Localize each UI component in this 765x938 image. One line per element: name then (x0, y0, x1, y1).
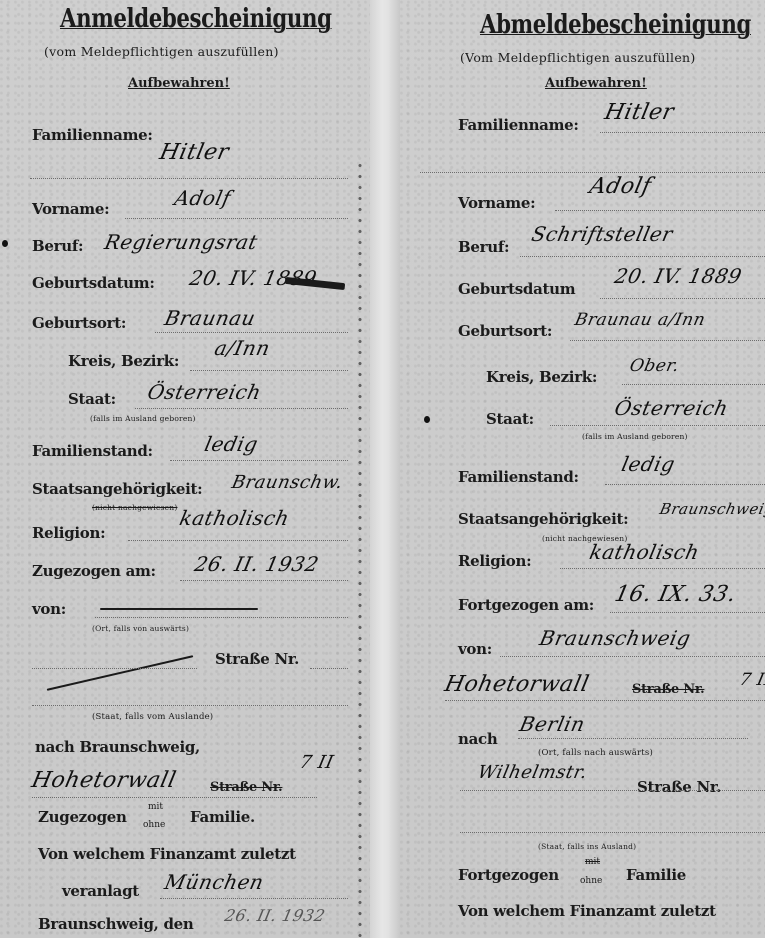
vorname-value: Adolf (587, 174, 653, 199)
mit-option: mit (148, 802, 163, 812)
dotted-line (135, 408, 348, 409)
familienname-value: Hitler (602, 100, 676, 125)
staatsangehoerigkeit-label: Staatsangehörigkeit: (458, 510, 628, 528)
dotted-line (30, 178, 348, 179)
familienname-label: Familienname: (32, 126, 153, 144)
nach-strasse-value: Hohetorwall (29, 768, 178, 793)
dotted-line (520, 256, 765, 257)
nach-strasse-value: Wilhelmstr. (476, 762, 590, 783)
zugezogen-familie-suffix: Familie. (190, 808, 255, 826)
staat-label: Staat: (486, 410, 534, 428)
nach-strasse-label: Straße Nr. (210, 780, 282, 795)
dotted-line (600, 298, 765, 299)
strasse-label: Straße Nr. (215, 650, 299, 668)
geburtsdatum-label: Geburtsdatum (458, 280, 575, 298)
nach-braunschweig-label: nach Braunschweig, (35, 738, 200, 756)
staat-label: Staat: (68, 390, 116, 408)
dotted-line (180, 580, 348, 581)
anmeldebescheinigung-form: Anmeldebescheinigung (vom Meldepflichtig… (0, 0, 370, 938)
dotted-line (570, 340, 765, 341)
nach-value: Berlin (517, 712, 587, 736)
vorname-value: Adolf (172, 186, 233, 210)
dotted-line (32, 705, 348, 706)
dotted-line (125, 218, 348, 219)
nach-hausnummer: 7 II (298, 752, 336, 773)
dotted-line (460, 832, 765, 833)
staat-hint: (falls im Ausland geboren) (90, 414, 196, 423)
dotted-line (128, 540, 348, 541)
staat-ausland-hint: (Staat, falls ins Ausland) (538, 842, 636, 851)
page-gutter (370, 0, 400, 938)
punch-mark (424, 416, 430, 423)
dotted-line (310, 668, 348, 669)
vorname-label: Vorname: (458, 194, 535, 212)
geburtsort-label: Geburtsort: (32, 314, 126, 332)
nach-hint: (Ort, falls nach auswärts) (538, 748, 653, 758)
staat-value: Österreich (612, 396, 730, 420)
dotted-line (155, 332, 348, 333)
dotted-line (445, 700, 765, 701)
zugezogen-am-value: 26. II. 1932 (192, 552, 321, 576)
dotted-line (600, 132, 765, 133)
geburtsort-value: Braunau (162, 306, 257, 330)
staat-ausland-hint: (Staat, falls vom Auslande) (92, 712, 213, 722)
staatsangehoerigkeit-value: Braunschweig (658, 500, 765, 518)
kreis-bezirk-value: Ober. (628, 356, 681, 376)
abmeldebescheinigung-form: Abmeldebescheinigung (Vom Meldepflichtig… (400, 0, 765, 938)
von-hausnummer: 7 II (738, 670, 765, 690)
dotted-line (500, 656, 765, 657)
dotted-line (610, 612, 765, 613)
ort-datum-label: Braunschweig, den (38, 915, 194, 933)
geburtsort-value: Braunau a/Inn (573, 310, 707, 330)
fortgezogen-am-label: Fortgezogen am: (458, 596, 594, 614)
familienstand-label: Familienstand: (458, 468, 579, 486)
dotted-line (420, 172, 765, 173)
religion-label: Religion: (458, 552, 531, 570)
nach-label: nach (458, 730, 497, 748)
kreis-bezirk-label: Kreis, Bezirk: (486, 368, 597, 386)
nach-strasse-label: Straße Nr. (637, 778, 721, 796)
beruf-label: Beruf: (32, 237, 83, 255)
fortgezogen-familie-suffix: Familie (626, 866, 686, 884)
form-subtitle: (Vom Meldepflichtigen auszufüllen) (460, 50, 696, 65)
beruf-value: Regierungsrat (102, 230, 259, 254)
dotted-line (95, 617, 348, 618)
geburtsdatum-value: 20. IV. 1889 (612, 264, 744, 288)
von-strasse-label: Straße Nr. (632, 682, 704, 697)
dotted-line (605, 484, 765, 485)
dotted-line (555, 210, 765, 211)
keep-note: Aufbewahren! (128, 76, 230, 91)
von-hint: (Ort, falls von auswärts) (92, 624, 189, 633)
staatsangehoerigkeit-label: Staatsangehörigkeit: (32, 480, 202, 498)
religion-label: Religion: (32, 524, 105, 542)
perforation-edge (358, 160, 362, 938)
form-title: Anmeldebescheinigung (60, 4, 332, 34)
dotted-line (518, 738, 748, 739)
veranlagt-label: veranlagt (62, 882, 139, 900)
familienname-value: Hitler (157, 140, 231, 165)
kreis-bezirk-value: a/Inn (212, 336, 272, 360)
finanzamt-label: Von welchem Finanzamt zuletzt (38, 845, 296, 863)
staat-hint: (falls im Ausland geboren) (582, 432, 688, 441)
religion-value: katholisch (587, 540, 701, 564)
ohne-option: ohne (580, 876, 602, 886)
strasse-crossed-line (47, 655, 194, 691)
religion-value: katholisch (177, 506, 291, 530)
keep-note: Aufbewahren! (545, 76, 647, 91)
dotted-line (460, 790, 765, 791)
dotted-line (190, 370, 348, 371)
familienstand-value: ledig (202, 432, 260, 456)
vorname-label: Vorname: (32, 200, 109, 218)
finanzamt-value: München (162, 870, 266, 894)
von-label: von: (458, 640, 492, 658)
zugezogen-am-label: Zugezogen am: (32, 562, 156, 580)
dotted-line (550, 425, 765, 426)
von-label: von: (32, 600, 66, 618)
familienstand-value: ledig (619, 452, 677, 476)
beruf-value: Schriftsteller (529, 222, 675, 246)
kreis-bezirk-label: Kreis, Bezirk: (68, 352, 179, 370)
von-value: Braunschweig (537, 626, 693, 650)
fortgezogen-familie-prefix: Fortgezogen (458, 866, 559, 884)
familienstand-label: Familienstand: (32, 442, 153, 460)
ort-datum-value: 26. II. 1932 (223, 906, 327, 925)
staat-value: Österreich (145, 380, 263, 404)
von-crossed-line (100, 608, 258, 610)
familienname-label: Familienname: (458, 116, 579, 134)
dotted-line (560, 568, 765, 569)
finanzamt-label: Von welchem Finanzamt zuletzt (458, 902, 716, 920)
zugezogen-familie-prefix: Zugezogen (38, 808, 127, 826)
dotted-line (32, 797, 317, 798)
staatsangehoerigkeit-hint: (nicht nachgewiesen) (92, 503, 177, 512)
fortgezogen-am-value: 16. IX. 33. (612, 582, 738, 607)
geburtsort-label: Geburtsort: (458, 322, 552, 340)
staatsangehoerigkeit-value: Braunschw. (230, 472, 345, 493)
dotted-line (170, 460, 348, 461)
beruf-label: Beruf: (458, 238, 509, 256)
mit-option: mit (585, 857, 600, 867)
punch-mark (2, 240, 8, 247)
von-strasse-value: Hohetorwall (442, 672, 591, 697)
dotted-line (32, 668, 197, 669)
dotted-line (160, 898, 348, 899)
ohne-option: ohne (143, 820, 165, 830)
dotted-line (622, 384, 765, 385)
form-subtitle: (vom Meldepflichtigen auszufüllen) (44, 44, 279, 59)
form-title: Abmeldebescheinigung (480, 10, 751, 40)
geburtsdatum-label: Geburtsdatum: (32, 274, 155, 292)
